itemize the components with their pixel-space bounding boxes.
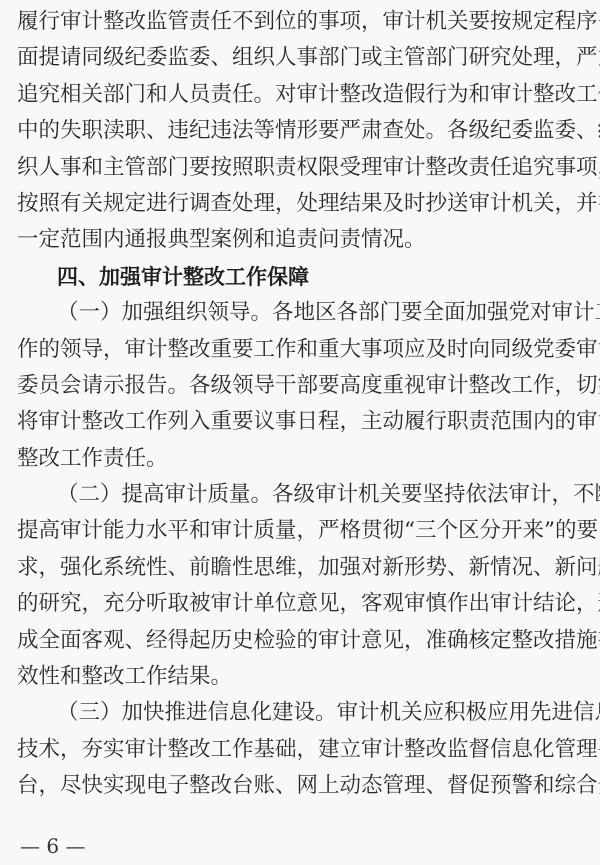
text-line: 技术，夯实审计整改工作基础，建立审计整改监督信息化管理平: [17, 732, 587, 768]
text-line: 履行审计整改监管责任不到位的事项，审计机关要按规定程序书: [17, 4, 587, 40]
page-number: — 6 —: [20, 834, 85, 858]
text-line: 委员会请示报告。各级领导干部要高度重视审计整改工作，切实: [17, 368, 587, 404]
text-line: 求，强化系统性、前瞻性思维，加强对新形势、新情况、新问题: [17, 550, 587, 586]
text-line: 提高审计能力水平和审计质量，严格贯彻“三个区分开来”的要: [17, 513, 587, 549]
text-line: 成全面客观、经得起历史检验的审计意见，准确核定整改措施有: [17, 623, 587, 659]
paragraph-start: （三）加快推进信息化建设。审计机关应积极应用先进信息: [17, 695, 587, 731]
text-line: 一定范围内通报典型案例和追责问责情况。: [17, 222, 587, 258]
text-line: 整改工作责任。: [17, 441, 587, 477]
text-line: 织人事和主管部门要按照职责权限受理审计整改责任追究事项，: [17, 150, 587, 186]
paragraph-start: （二）提高审计质量。各级审计机关要坚持依法审计，不断: [17, 477, 587, 513]
document-page: 履行审计整改监管责任不到位的事项，审计机关要按规定程序书 面提请同级纪委监委、组…: [17, 4, 587, 805]
text-line: 中的失职渎职、违纪违法等情形要严肃查处。各级纪委监委、组: [17, 113, 587, 149]
text-line: 将审计整改工作列入重要议事日程，主动履行职责范围内的审计: [17, 404, 587, 440]
text-line: 追究相关部门和人员责任。对审计整改造假行为和审计整改工作: [17, 77, 587, 113]
text-line: 按照有关规定进行调查处理，处理结果及时抄送审计机关，并在: [17, 186, 587, 222]
section-heading: 四、加强审计整改工作保障: [17, 259, 587, 295]
text-line: 的研究，充分听取被审计单位意见，客观审慎作出审计结论，形: [17, 586, 587, 622]
paragraph-start: （一）加强组织领导。各地区各部门要全面加强党对审计工: [17, 295, 587, 331]
text-line: 台，尽快实现电子整改台账、网上动态管理、督促预警和综合分: [17, 768, 587, 804]
text-line: 作的领导，审计整改重要工作和重大事项应及时向同级党委审计: [17, 332, 587, 368]
text-line: 面提请同级纪委监委、组织人事部门或主管部门研究处理，严肃: [17, 40, 587, 76]
text-line: 效性和整改工作结果。: [17, 659, 587, 695]
